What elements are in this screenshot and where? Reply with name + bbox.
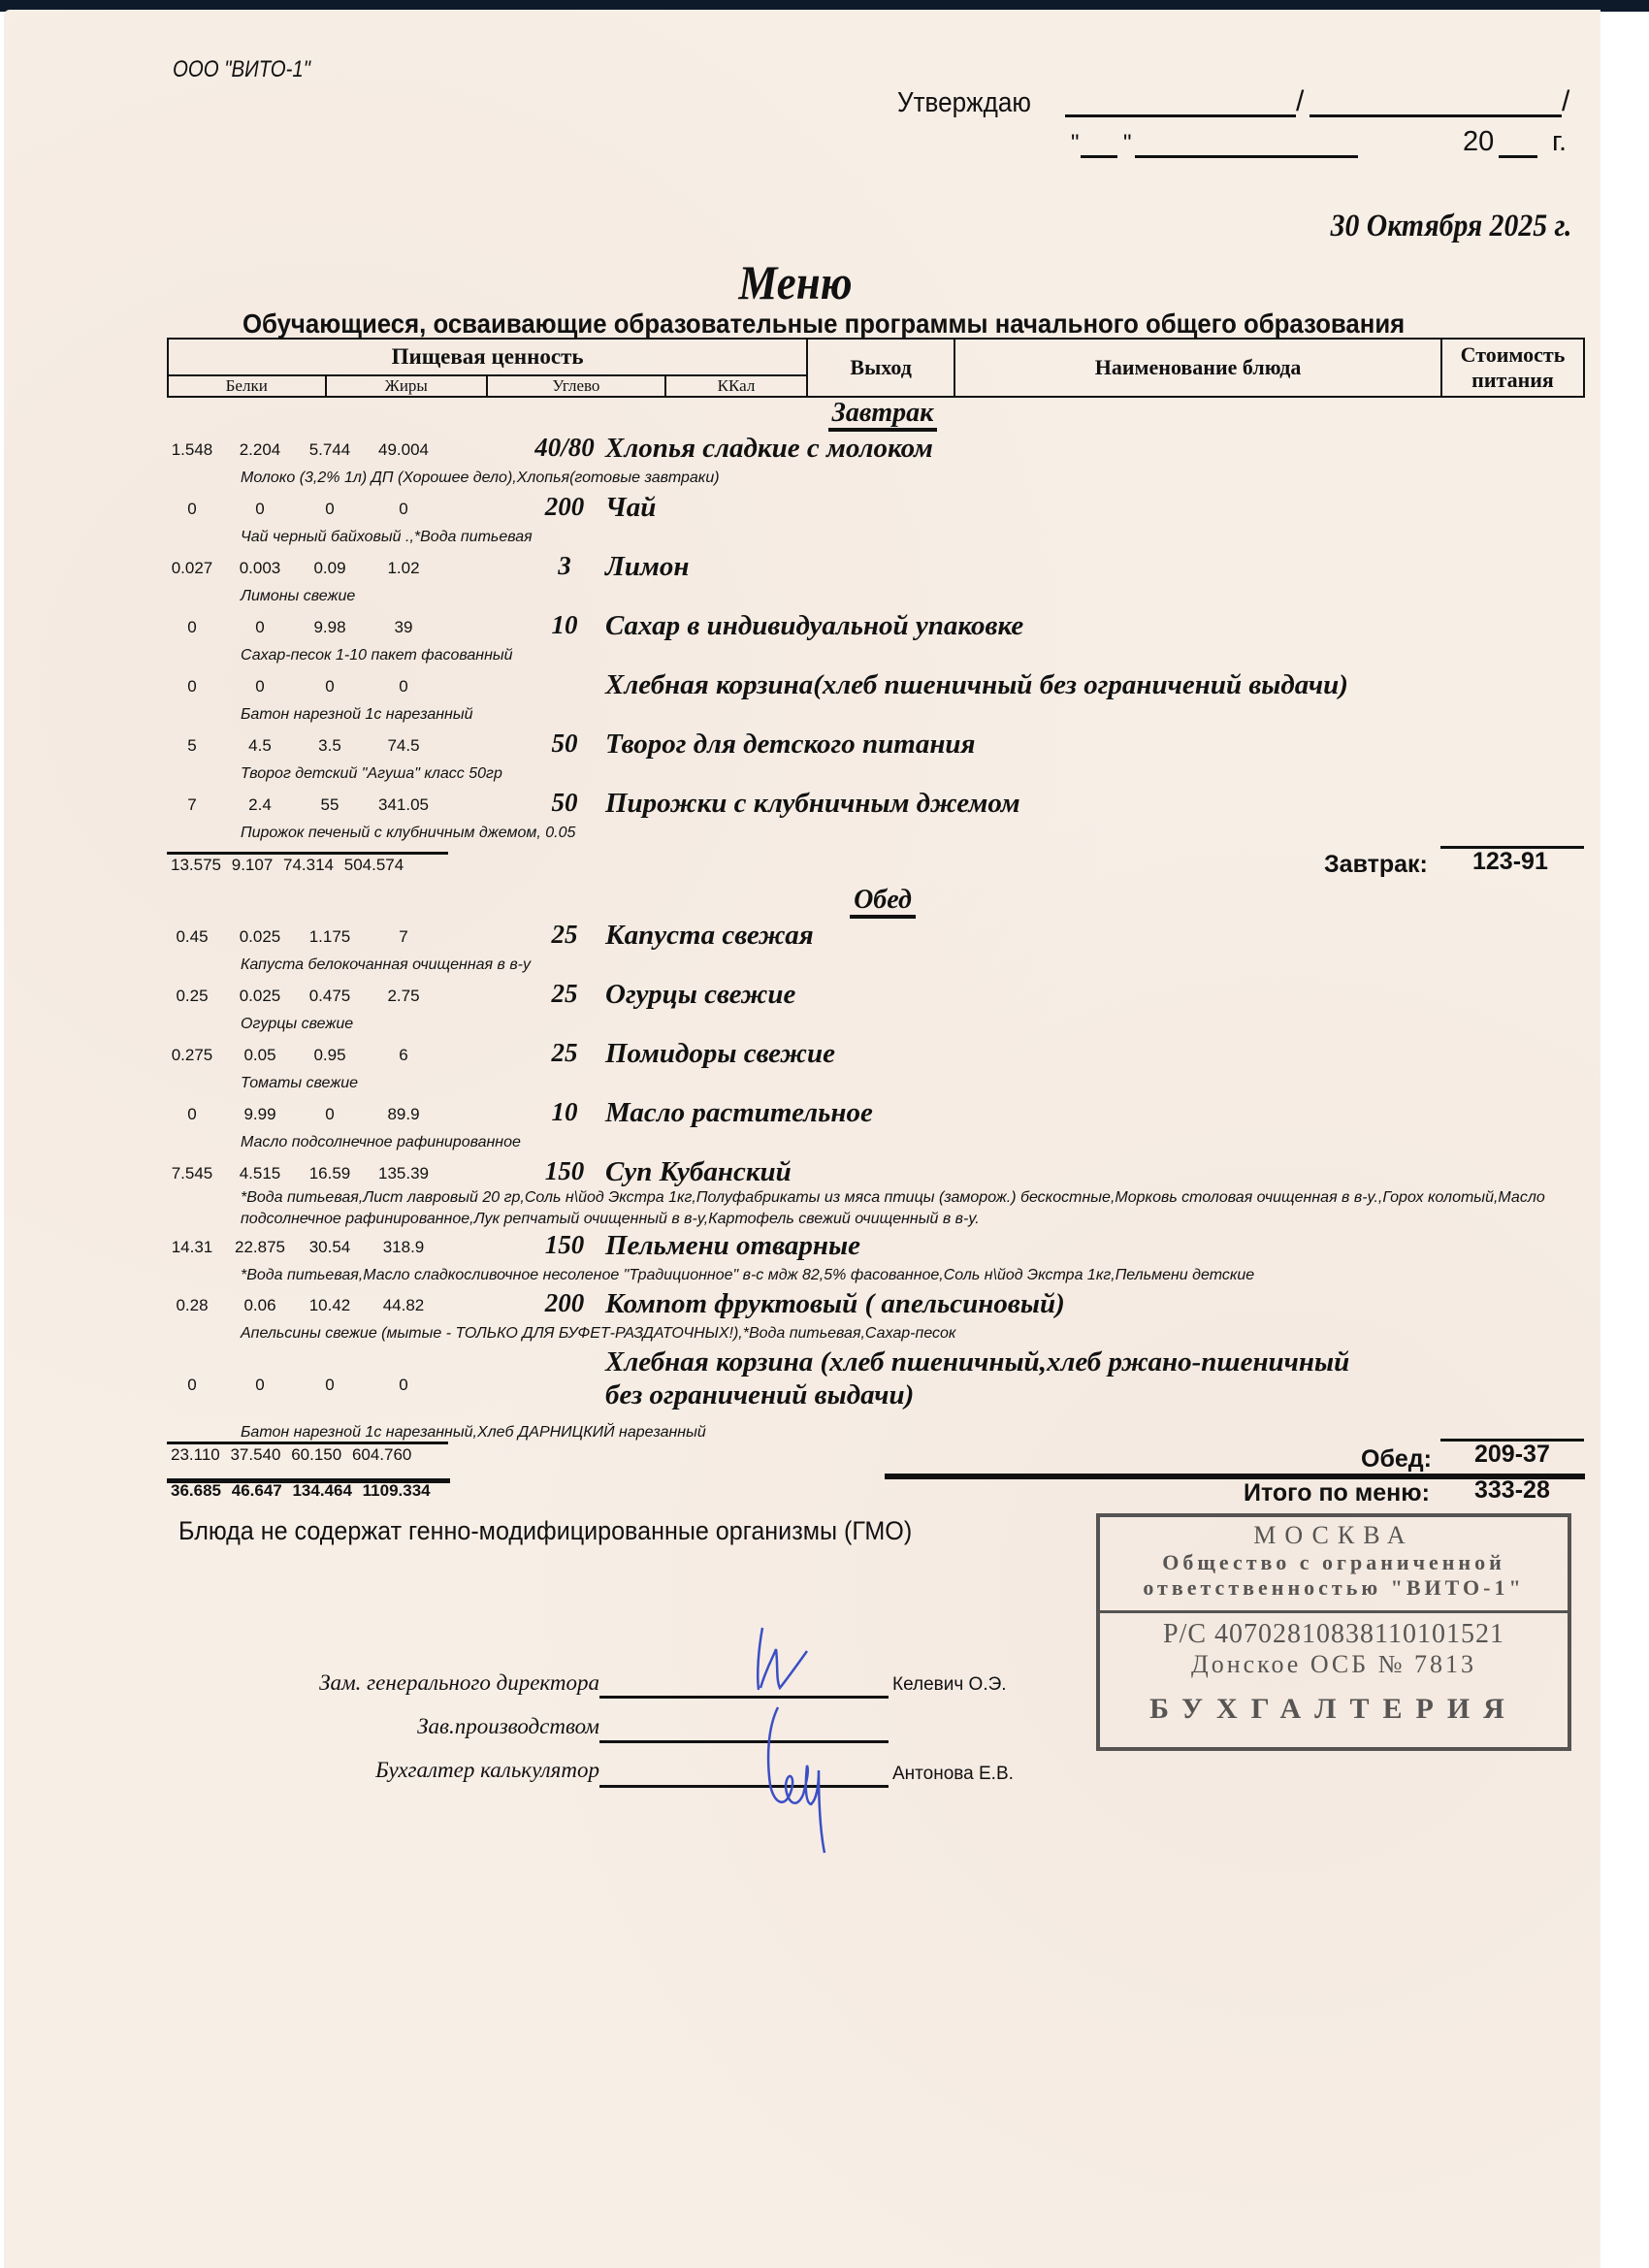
item-kcal: 7 (365, 927, 442, 947)
item-ingredients: Огурцы свежие (241, 1016, 353, 1033)
item-carbs: 0 (291, 1105, 369, 1124)
section-lunch-title: Обед (0, 885, 1649, 916)
menu-date: 30 Октября 2025 г. (1330, 209, 1571, 244)
date-quote-open: " (1071, 130, 1080, 157)
stamp-city: МОСКВА (1100, 1521, 1568, 1550)
item-fat: 4.515 (221, 1164, 299, 1183)
stamp-department: БУХГАЛТЕРИЯ (1100, 1693, 1568, 1726)
month-line (1135, 155, 1358, 158)
grand-total-cost: 333-28 (1474, 1476, 1550, 1505)
item-fat: 2.204 (221, 440, 299, 460)
company-stamp: МОСКВА Общество с ограниченной ответстве… (1096, 1513, 1571, 1751)
item-carbs: 30.54 (291, 1238, 369, 1257)
menu-table-header: Пищевая ценность Выход Наименование блюд… (167, 338, 1585, 398)
item-carbs: 0 (291, 1376, 369, 1395)
page-title: Меню (80, 254, 1511, 310)
lunch-cost-label: Обед: (1361, 1445, 1432, 1474)
item-fat: 0.025 (221, 987, 299, 1006)
item-kcal: 318.9 (365, 1238, 442, 1257)
section-title-text: Обед (850, 885, 916, 919)
total-fat: 9.107 (232, 856, 274, 874)
year-line (1499, 155, 1537, 158)
item-carbs: 0 (291, 500, 369, 519)
menu-item-row: 0.450.0251.175725Капуста свежаяКапуста б… (167, 920, 1583, 955)
item-ingredients: Апельсины свежие (мытые - ТОЛЬКО ДЛЯ БУФ… (241, 1325, 955, 1343)
breakfast-cost-label: Завтрак: (1324, 851, 1428, 879)
total-carbs: 74.314 (283, 856, 334, 874)
total-fat: 37.540 (230, 1445, 280, 1464)
total-protein: 23.110 (171, 1445, 220, 1464)
item-fat: 0 (221, 500, 299, 519)
item-carbs: 0 (291, 677, 369, 697)
signature-line-2 (599, 1740, 889, 1743)
item-kcal: 74.5 (365, 736, 442, 756)
year-suffix: г. (1552, 126, 1567, 158)
signature-role-2: Зав.производством (231, 1714, 599, 1739)
date-quote-close: " (1123, 130, 1132, 157)
item-dish-name: Помидоры свежие (605, 1038, 835, 1070)
item-kcal: 2.75 (365, 987, 442, 1006)
menu-item-row: 0.0270.0030.091.023ЛимонЛимоны свежие (167, 551, 1583, 586)
dish-name-header: Наименование блюда (954, 339, 1441, 397)
item-fat: 2.4 (221, 795, 299, 815)
item-fat: 0 (221, 1376, 299, 1395)
item-protein: 7.545 (153, 1164, 231, 1183)
item-ingredients: Масло подсолнечное рафинированное (241, 1134, 521, 1151)
grand-total-protein: 36.685 (171, 1481, 221, 1500)
menu-item-row: 0000Хлебная корзина (хлеб пшеничный,хлеб… (167, 1346, 1583, 1381)
item-fat: 0 (221, 618, 299, 637)
item-dish-name: Лимон (605, 551, 690, 583)
item-dish-name: Огурцы свежие (605, 979, 795, 1011)
item-fat: 0.003 (221, 559, 299, 578)
item-ingredients: Чай черный байховый .,*Вода питьевая (241, 529, 533, 546)
menu-item-row: 0.250.0250.4752.7525Огурцы свежиеОгурцы … (167, 979, 1583, 1014)
stamp-line1: Общество с ограниченной (1100, 1550, 1568, 1575)
lunch-total-rule (167, 1442, 448, 1444)
item-ingredients: Лимоны свежие (241, 588, 355, 605)
item-carbs: 16.59 (291, 1164, 369, 1183)
item-protein: 1.548 (153, 440, 231, 460)
item-ingredients: Сахар-песок 1-10 пакет фасованный (241, 647, 513, 664)
lunch-cost: 209-37 (1474, 1441, 1550, 1469)
breakfast-cost: 123-91 (1472, 848, 1548, 876)
item-protein: 0 (153, 1105, 231, 1124)
item-dish-name-line1: Хлебная корзина (хлеб пшеничный,хлеб ржа… (605, 1346, 1349, 1378)
item-protein: 0 (153, 677, 231, 697)
item-protein: 0.28 (153, 1296, 231, 1315)
item-carbs: 0.95 (291, 1046, 369, 1065)
item-protein: 5 (153, 736, 231, 756)
item-fat: 0 (221, 677, 299, 697)
fat-header: Жиры (326, 375, 487, 397)
day-line (1081, 155, 1117, 158)
stamp-account: Р/С 40702810838110101521 (1100, 1619, 1568, 1650)
menu-item-row: 0000200ЧайЧай черный байховый .,*Вода пи… (167, 492, 1583, 527)
year-prefix: 20 (1463, 126, 1494, 158)
item-ingredients: Пирожок печеный с клубничным джемом, 0.0… (241, 825, 575, 842)
signature-line-3 (599, 1785, 889, 1788)
menu-item-row: 7.5454.51516.59135.39150Суп Кубанский*Во… (167, 1156, 1583, 1191)
approver-name-line (1309, 114, 1562, 117)
handwritten-signature-2 (757, 1698, 844, 1863)
protein-header: Белки (168, 375, 326, 397)
item-carbs: 0.09 (291, 559, 369, 578)
separator-slash: / (1296, 85, 1304, 118)
item-kcal: 0 (365, 677, 442, 697)
nutrition-header: Пищевая ценность (168, 339, 807, 375)
cost-header-line2: питания (1442, 368, 1583, 393)
item-kcal: 1.02 (365, 559, 442, 578)
kcal-header: ККал (665, 375, 807, 397)
approve-label: Утверждаю (897, 87, 1031, 119)
item-fat: 0.06 (221, 1296, 299, 1315)
total-protein: 13.575 (171, 856, 221, 874)
item-protein: 0.45 (153, 927, 231, 947)
separator-slash: / (1562, 85, 1569, 118)
menu-item-row: 009.983910Сахар в индивидуальной упаковк… (167, 610, 1583, 645)
item-ingredients: *Вода питьевая,Лист лавровый 20 гр,Соль … (241, 1187, 1589, 1230)
item-fat: 0.05 (221, 1046, 299, 1065)
item-protein: 0.027 (153, 559, 231, 578)
total-kcal: 604.760 (352, 1445, 411, 1464)
menu-item-row: 54.53.574.550Творог для детского питания… (167, 729, 1583, 763)
item-kcal: 0 (365, 1376, 442, 1395)
lunch-nutrition-totals: 23.110 37.540 60.150 604.760 (171, 1445, 411, 1465)
menu-item-row: 1.5482.2045.74449.00440/80Хлопья сладкие… (167, 433, 1583, 468)
item-dish-name: Суп Кубанский (605, 1156, 792, 1188)
grand-total-label: Итого по меню: (1244, 1479, 1430, 1507)
item-dish-name: Пирожки с клубничным джемом (605, 788, 1020, 820)
total-kcal: 504.574 (344, 856, 404, 874)
item-protein: 0.25 (153, 987, 231, 1006)
total-carbs: 60.150 (291, 1445, 341, 1464)
item-protein: 7 (153, 795, 231, 815)
grand-total-kcal: 1109.334 (363, 1481, 431, 1500)
item-kcal: 0 (365, 500, 442, 519)
item-dish-name: Пельмени отварные (605, 1230, 860, 1262)
item-dish-name: Масло растительное (605, 1097, 873, 1129)
item-carbs: 5.744 (291, 440, 369, 460)
cost-header: Стоимость питания (1441, 339, 1584, 397)
menu-item-row: 0.280.0610.4244.82200Компот фруктовый ( … (167, 1288, 1583, 1323)
item-ingredients: Батон нарезной 1с нарезанный,Хлеб ДАРНИЦ… (241, 1424, 706, 1442)
item-kcal: 39 (365, 618, 442, 637)
stamp-bank: Донское ОСБ № 7813 (1100, 1650, 1568, 1679)
item-dish-name-line2: без ограничений выдачи) (605, 1379, 914, 1411)
item-ingredients: Томаты свежие (241, 1075, 358, 1092)
handwritten-signature-1 (737, 1620, 824, 1698)
menu-item-row: 72.455341.0550Пирожки с клубничным джемо… (167, 788, 1583, 823)
item-protein: 0.275 (153, 1046, 231, 1065)
breakfast-total-rule (167, 852, 448, 855)
item-kcal: 49.004 (365, 440, 442, 460)
item-dish-name: Сахар в индивидуальной упаковке (605, 610, 1023, 642)
grand-nutrition-totals: 36.685 46.647 134.464 1109.334 (171, 1481, 431, 1501)
stamp-divider (1096, 1610, 1571, 1613)
item-ingredients: Молоко (3,2% 1л) ДП (Хорошее дело),Хлопь… (241, 470, 720, 487)
item-kcal: 6 (365, 1046, 442, 1065)
menu-item-row: 09.99089.910Масло растительноеМасло подс… (167, 1097, 1583, 1132)
section-breakfast-title: Завтрак (0, 398, 1649, 429)
item-dish-name: Компот фруктовый ( апельсиновый) (605, 1288, 1065, 1320)
item-kcal: 135.39 (365, 1164, 442, 1183)
signature-role-1: Зам. генерального директора (231, 1670, 599, 1696)
gmo-note: Блюда не содержат генно-модифицированные… (178, 1516, 912, 1546)
item-fat: 0.025 (221, 927, 299, 947)
menu-item-row: 0000Хлебная корзина(хлеб пшеничный без о… (167, 669, 1583, 704)
item-fat: 9.99 (221, 1105, 299, 1124)
signature-name-3: Антонова Е.В. (892, 1764, 1014, 1785)
item-carbs: 1.175 (291, 927, 369, 947)
item-carbs: 3.5 (291, 736, 369, 756)
approver-signature-line (1065, 114, 1296, 117)
item-ingredients: *Вода питьевая,Масло сладкосливочное нес… (241, 1267, 1254, 1284)
item-fat: 22.875 (221, 1238, 299, 1257)
cost-header-line1: Стоимость (1442, 342, 1583, 368)
item-protein: 0 (153, 1376, 231, 1395)
item-carbs: 10.42 (291, 1296, 369, 1315)
menu-item-row: 0.2750.050.95625Помидоры свежиеТоматы св… (167, 1038, 1583, 1073)
stamp-line2: ответственностью "ВИТО-1" (1100, 1575, 1568, 1601)
item-ingredients: Капуста белокочанная очищенная в в-у (241, 956, 531, 974)
item-protein: 0 (153, 618, 231, 637)
yield-header: Выход (807, 339, 954, 397)
carbs-header: Углево (487, 375, 665, 397)
item-carbs: 55 (291, 795, 369, 815)
item-carbs: 0.475 (291, 987, 369, 1006)
grand-total-carbs: 134.464 (292, 1481, 351, 1500)
item-kcal: 44.82 (365, 1296, 442, 1315)
item-dish-name: Чай (605, 492, 656, 524)
company-name: ООО "ВИТО-1" (173, 56, 310, 83)
item-ingredients: Творог детский "Агуша" класс 50гр (241, 765, 502, 783)
grand-total-fat: 46.647 (232, 1481, 282, 1500)
breakfast-nutrition-totals: 13.575 9.107 74.314 504.574 (171, 856, 404, 875)
page-subtitle: Обучающиеся, осваивающие образовательные… (242, 308, 1405, 340)
item-fat: 4.5 (221, 736, 299, 756)
item-kcal: 341.05 (365, 795, 442, 815)
section-title-text: Завтрак (828, 398, 938, 432)
menu-item-row: 14.3122.87530.54318.9150Пельмени отварны… (167, 1230, 1583, 1265)
item-dish-name: Хлебная корзина(хлеб пшеничный без огран… (605, 669, 1348, 701)
item-dish-name: Капуста свежая (605, 920, 814, 952)
item-dish-name: Творог для детского питания (605, 729, 976, 761)
signature-role-3: Бухгалтер калькулятор (231, 1758, 599, 1783)
item-protein: 0 (153, 500, 231, 519)
item-carbs: 9.98 (291, 618, 369, 637)
signature-name-1: Келевич О.Э. (892, 1674, 1007, 1696)
item-ingredients: Батон нарезной 1с нарезанный (241, 706, 473, 724)
item-kcal: 89.9 (365, 1105, 442, 1124)
item-protein: 14.31 (153, 1238, 231, 1257)
item-dish-name: Хлопья сладкие с молоком (605, 433, 933, 465)
